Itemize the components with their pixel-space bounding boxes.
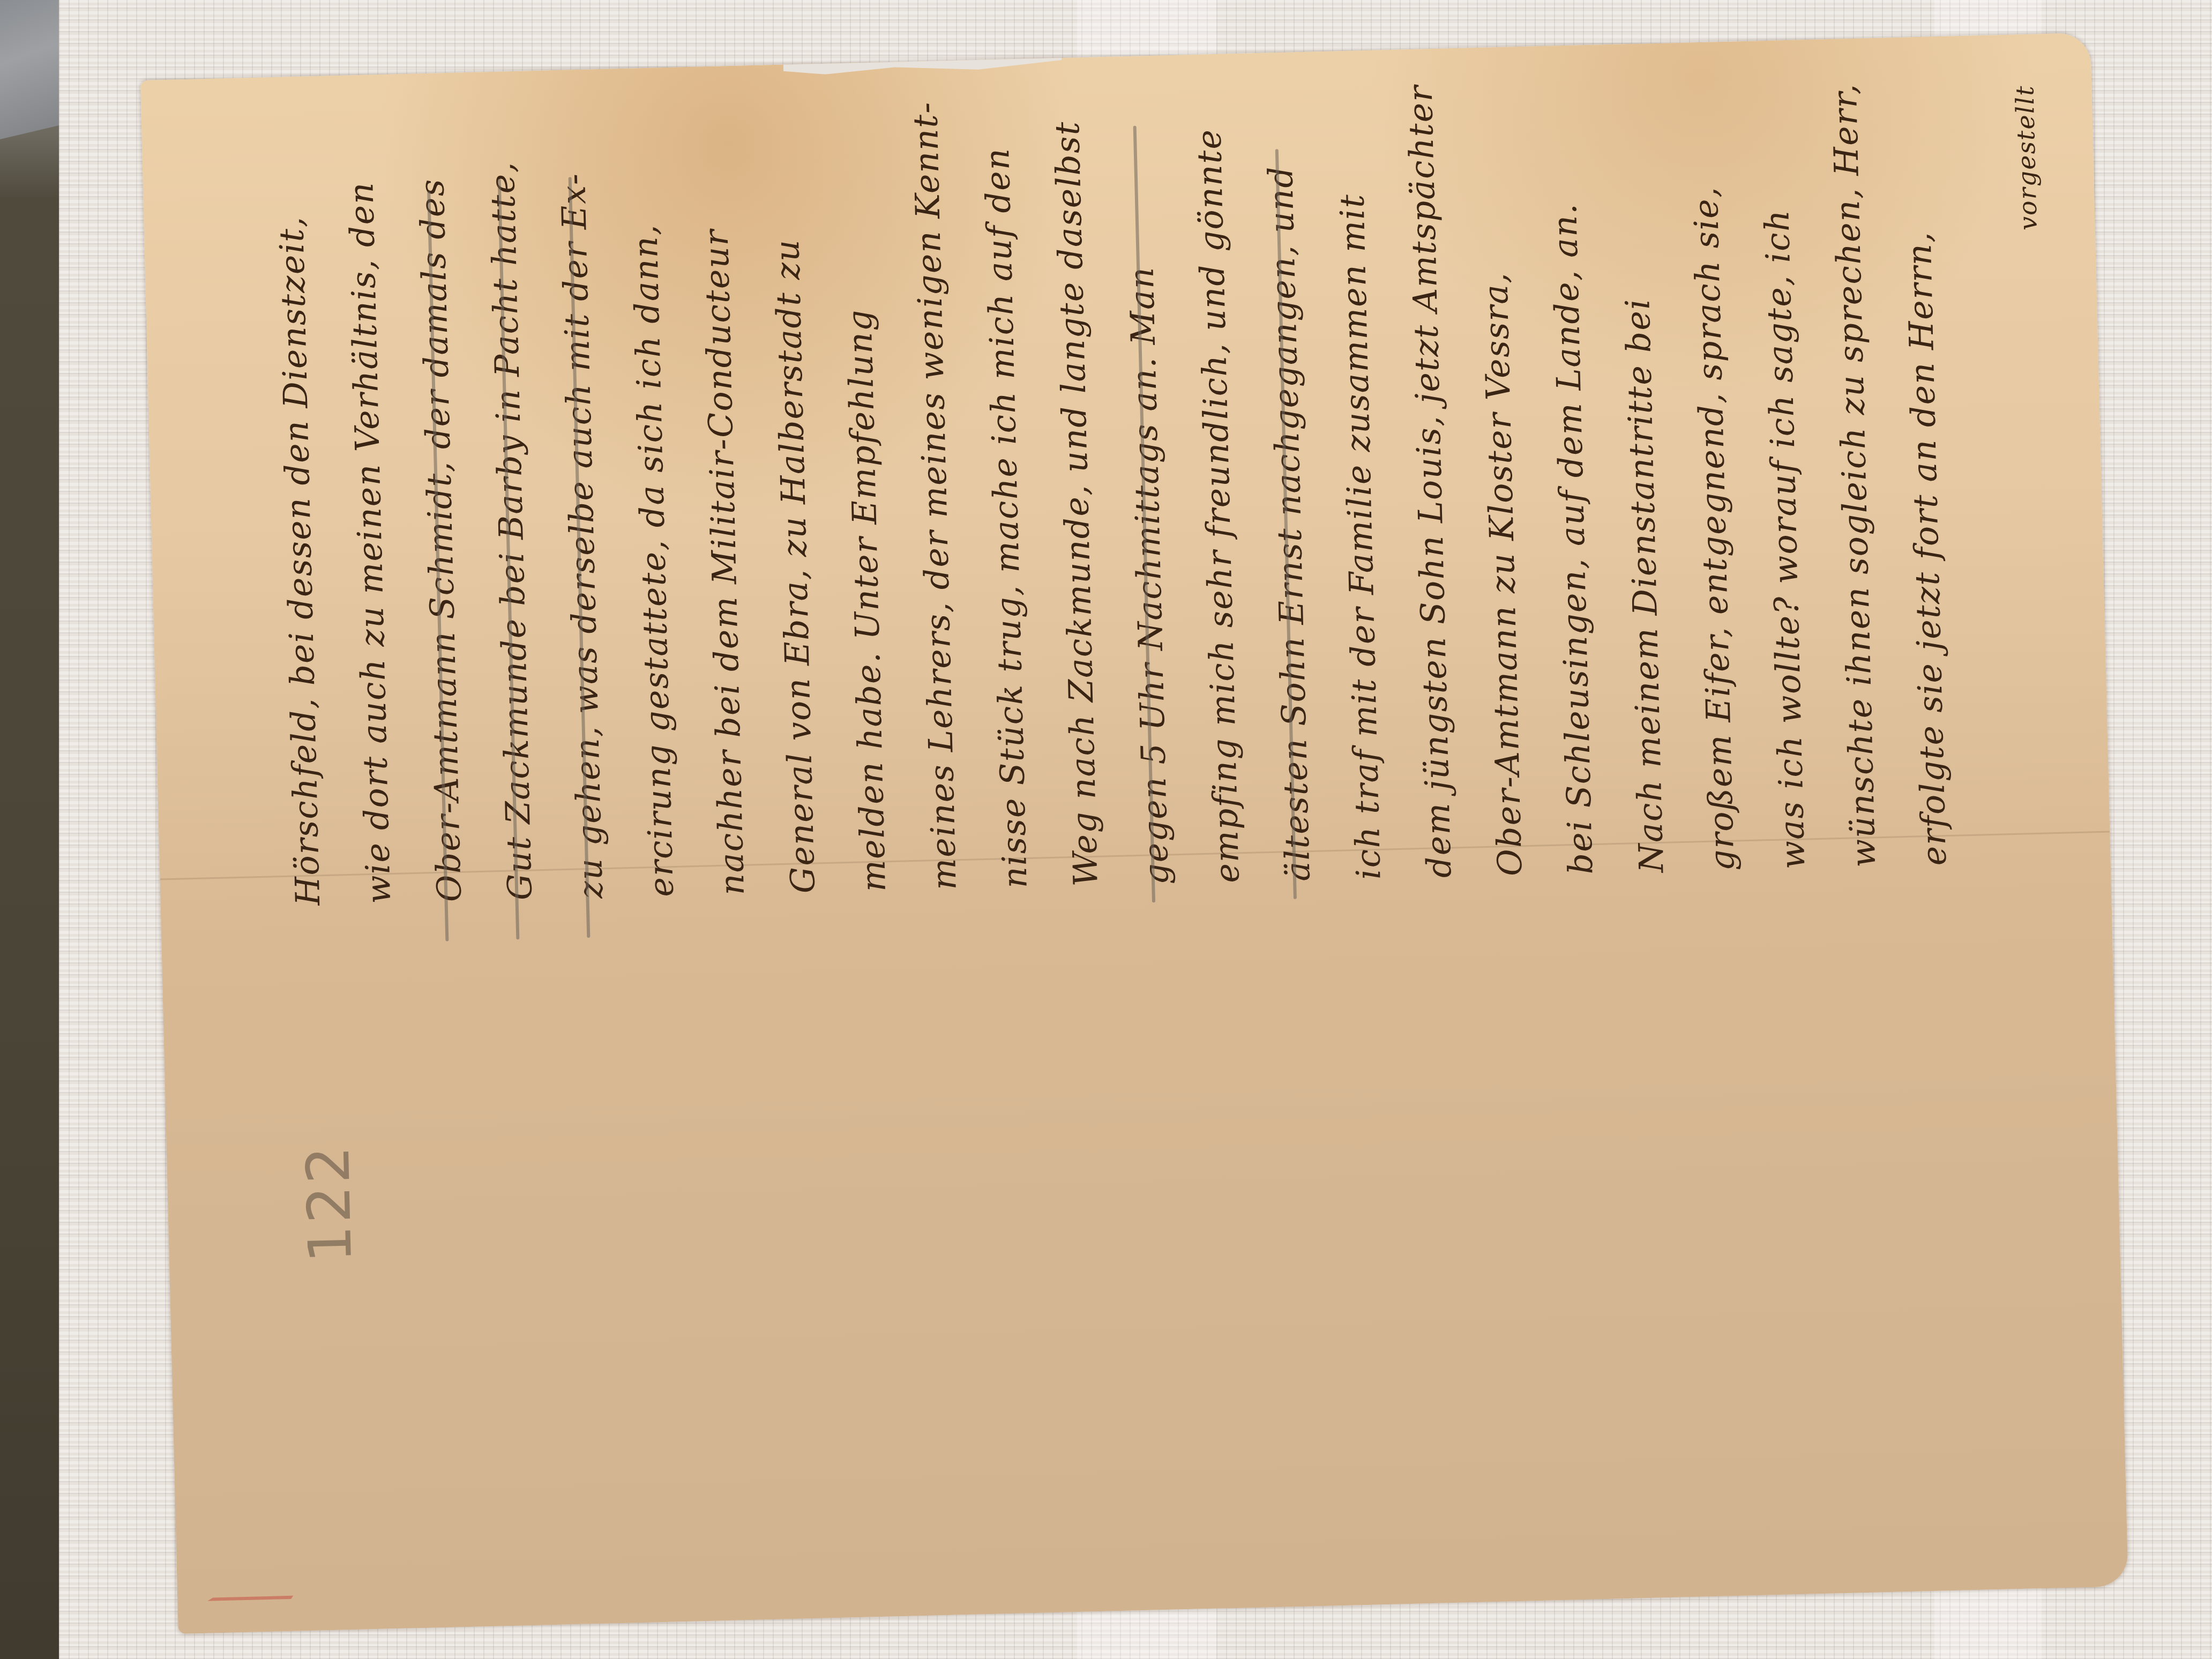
catchword-line: vorgestellt [1985, 98, 2069, 260]
dark-background-strip [0, 0, 64, 1659]
handwritten-text-block: Hörschfeld, bei dessen den Dienstzeit, w… [249, 98, 2090, 946]
pencil-page-number: 122 [294, 1144, 365, 1264]
red-crayon-mark [207, 1530, 337, 1601]
grey-card-corner [0, 0, 59, 139]
photo-scene: Hörschfeld, bei dessen den Dienstzeit, w… [0, 0, 2212, 1659]
manuscript-page: Hörschfeld, bei dessen den Dienstzeit, w… [140, 33, 2128, 1634]
